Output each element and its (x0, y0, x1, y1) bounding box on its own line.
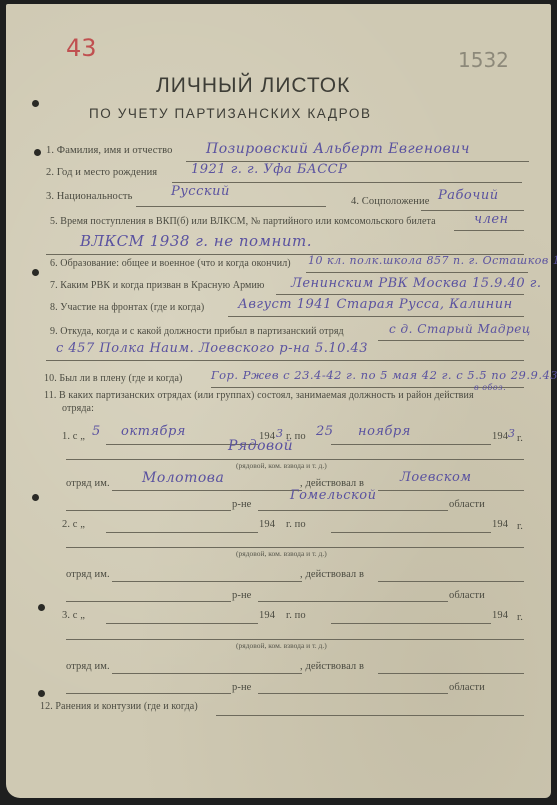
entry-position-hint: (рядовой, ком. взвода и т. д.) (236, 641, 327, 650)
field-8-value: Август 1941 Старая Русса, Калинин (238, 297, 513, 312)
entry-from-month: октября (121, 424, 186, 439)
field-12-line (216, 715, 524, 716)
binder-hole (38, 604, 45, 611)
field-11-label-cont: отряда: (62, 403, 94, 414)
entry-region-label: области (449, 682, 485, 693)
archive-number-red: 43 (66, 34, 97, 62)
field-3-label: 3. Национальность (46, 191, 133, 202)
entry-detachment-label: отряд им. (66, 661, 110, 672)
field-10-note: в обоз. (474, 383, 506, 392)
field-5-value-b: ВЛКСМ 1938 г. не помнит. (80, 232, 312, 250)
entry-number: 3. с „ (62, 610, 85, 621)
entry-district-line (66, 693, 231, 694)
entry-year-from: 194 (259, 610, 275, 621)
entry-acted-line (378, 490, 524, 491)
entry-from-line (106, 532, 258, 533)
entry-g: г. (517, 612, 523, 623)
field-2-line (172, 182, 522, 183)
page-subtitle: ПО УЧЕТУ ПАРТИЗАНСКИХ КАДРОВ (89, 106, 372, 121)
entry-year-to: 194 (492, 610, 508, 621)
entry-year-from: 194 (259, 519, 275, 530)
entry-detachment: Молотова (142, 470, 224, 486)
entry-region: Гомельской (290, 488, 377, 503)
entry-acted-line (378, 673, 524, 674)
field-3-line (136, 206, 326, 207)
field-4-value: Рабочий (438, 188, 499, 203)
entry-district-label: р-не (232, 682, 251, 693)
entry-district-label: р-не (232, 590, 251, 601)
binder-hole (38, 690, 45, 697)
field-5-line-a (454, 230, 524, 231)
entry-position-hint: (рядовой, ком. взвода и т. д.) (236, 461, 327, 470)
entry-from-line (106, 623, 258, 624)
entry-from-day: 5 (92, 424, 101, 439)
entry-acted-label: , действовал в (300, 569, 364, 580)
binder-hole (32, 100, 39, 107)
archive-number-pencil: 1532 (458, 48, 509, 72)
field-6-line (306, 272, 528, 273)
entry-to-line (331, 532, 491, 533)
field-3-value: Русский (171, 184, 230, 199)
entry-to-line (331, 623, 491, 624)
entry-number: 1. с „ (62, 431, 85, 442)
field-10-label: 10. Был ли в плену (где и когда) (44, 373, 182, 384)
entry-year-to: 194 (492, 519, 508, 530)
entry-to-day: 25 (316, 424, 334, 439)
entry-number: 2. с „ (62, 519, 85, 530)
field-5-value-a: член (474, 212, 509, 227)
entry-acted-line (378, 581, 524, 582)
field-10-value: Гор. Ржев с 23.4-42 г. по 5 мая 42 г. с … (211, 368, 557, 382)
entry-detachment-line (112, 673, 302, 674)
entry-position-line (66, 639, 524, 640)
field-5-label: 5. Время поступления в ВКП(б) или ВЛКСМ,… (50, 216, 436, 227)
entry-position-line (66, 547, 524, 548)
binder-hole (32, 494, 39, 501)
entry-year-to-hand: 3 (508, 427, 516, 440)
entry-acted-in: Лоевском (400, 470, 472, 485)
binder-hole (32, 269, 39, 276)
field-12-label: 12. Ранения и контузии (где и когда) (40, 701, 198, 712)
entry-region-line (258, 693, 448, 694)
field-9-line-b (46, 360, 524, 361)
field-9-line-a (378, 340, 524, 341)
field-7-value: Ленинским РВК Москва 15.9.40 г. (291, 276, 541, 291)
entry-detachment-line (112, 581, 302, 582)
page-title: ЛИЧНЫЙ ЛИСТОК (156, 74, 350, 98)
entry-district-line (66, 510, 231, 511)
field-8-label: 8. Участие на фронтах (где и когда) (50, 302, 204, 313)
field-2-value: 1921 г. г. Уфа БАССР (191, 162, 347, 177)
entry-region-line (258, 510, 448, 511)
binder-hole (34, 149, 41, 156)
field-6-value: 10 кл. полк.школа 857 п. г. Осташков 194… (308, 254, 557, 267)
field-1-value: Позировский Альберт Евгенович (206, 141, 470, 157)
field-9-value-a: с д. Старый Мадрец (389, 322, 531, 336)
entry-region-label: области (449, 499, 485, 510)
entry-district-line (66, 601, 231, 602)
field-7-label: 7. Каким РВК и когда призван в Красную А… (50, 280, 265, 291)
entry-g: г. (517, 521, 523, 532)
entry-to-month: ноября (358, 424, 411, 439)
field-9-value-b: с 457 Полка Наим. Лоевского р-на 5.10.43 (56, 341, 368, 356)
entry-detachment-label: отряд им. (66, 569, 110, 580)
entry-region-label: области (449, 590, 485, 601)
field-11-label: 11. В каких партизанских отрядах (или гр… (44, 390, 474, 401)
field-4-line (421, 210, 524, 211)
entry-g-po: г. по (286, 610, 306, 621)
field-6-label: 6. Образование: общее и военное (что и к… (50, 258, 291, 269)
field-1-label: 1. Фамилия, имя и отчество (46, 145, 173, 156)
entry-detachment-line (112, 490, 302, 491)
field-2-label: 2. Год и место рождения (46, 167, 157, 178)
field-9-label: 9. Откуда, когда и с какой должности при… (50, 326, 344, 337)
document-page: 43 1532 ЛИЧНЫЙ ЛИСТОК ПО УЧЕТУ ПАРТИЗАНС… (6, 4, 551, 798)
field-7-line (276, 294, 524, 295)
entry-acted-label: , действовал в (300, 661, 364, 672)
field-4-label: 4. Соцположение (351, 196, 430, 207)
entry-position-line (66, 459, 524, 460)
entry-g-po: г. по (286, 519, 306, 530)
entry-to-line (331, 444, 491, 445)
field-8-line (228, 316, 524, 317)
entry-position-hint: (рядовой, ком. взвода и т. д.) (236, 549, 327, 558)
entry-region-line (258, 601, 448, 602)
entry-position: Рядовой (228, 438, 293, 454)
entry-district-label: р-не (232, 499, 251, 510)
entry-year-to: 194 (492, 431, 508, 442)
entry-g: г. (517, 433, 523, 444)
entry-detachment-label: отряд им. (66, 478, 110, 489)
